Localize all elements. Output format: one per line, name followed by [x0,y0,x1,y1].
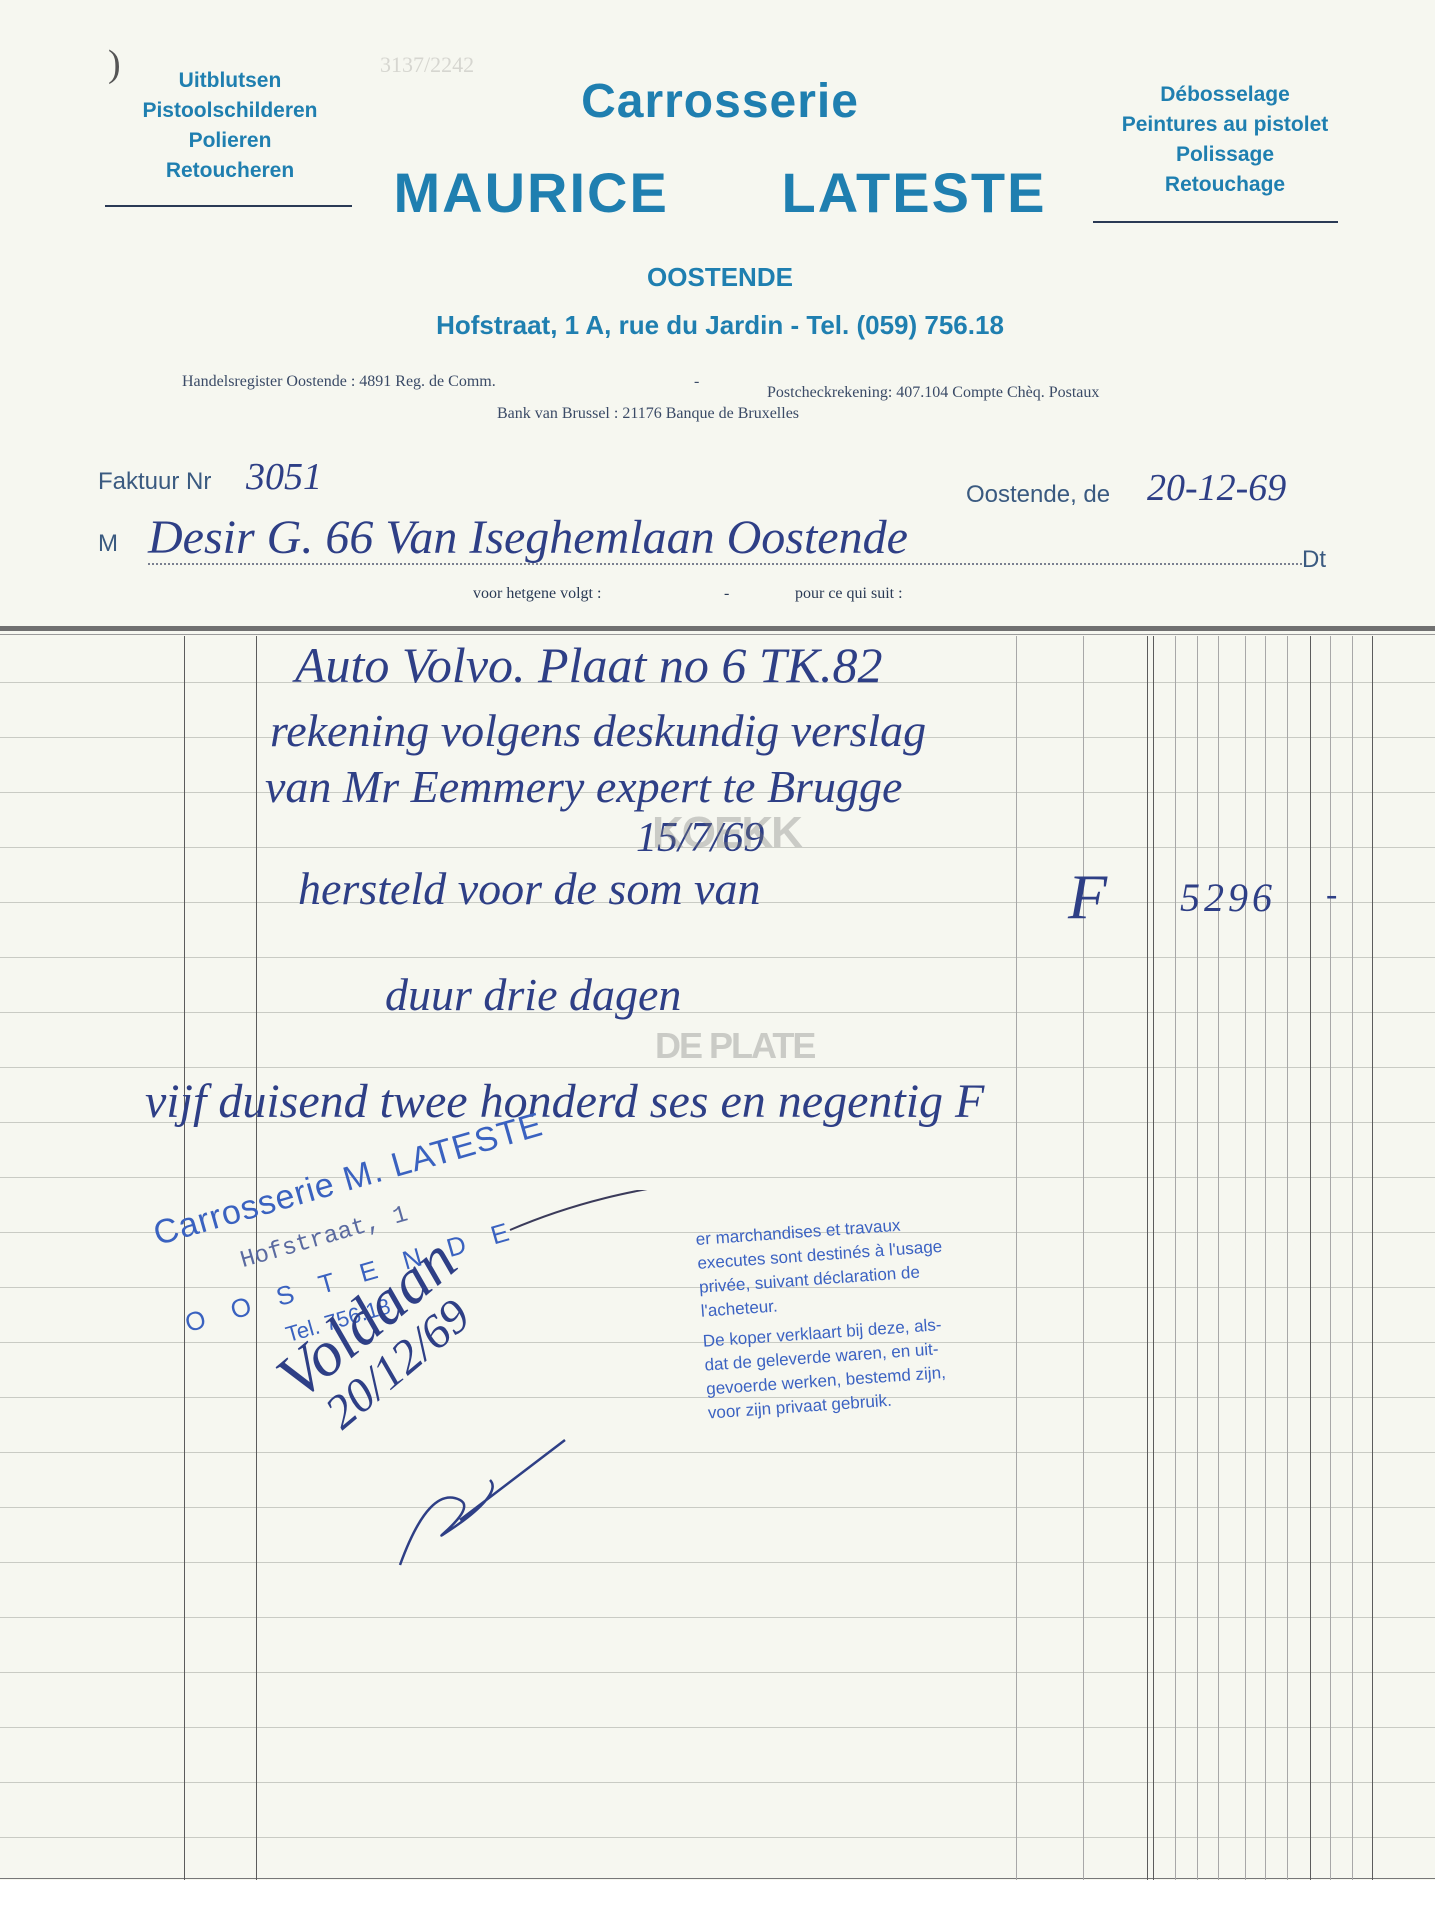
ruled-line [0,1012,1435,1013]
signature-icon [380,1190,680,1570]
service-item: Pistoolschilderen [100,96,360,126]
for-following-dutch: voor hetgene volgt : [473,585,601,603]
divider [105,205,352,207]
services-french-list: Débosselage Peintures au pistolet Poliss… [1080,80,1370,200]
ruled-line [0,1782,1435,1783]
invoice-number-value: 3051 [246,455,322,499]
recipient-prefix: M [98,530,118,558]
service-item: Polissage [1080,140,1370,170]
column-line [1352,636,1353,1880]
service-item: Uitblutsen [100,66,360,96]
column-line [1265,636,1266,1880]
ruled-line [0,1617,1435,1618]
column-line [1310,636,1311,1880]
invoice-date-value: 20-12-69 [1147,466,1286,510]
for-following-french: pour ce qui suit : [795,585,903,603]
company-name: MAURICE LATESTE [380,160,1060,225]
services-dutch-list: Uitblutsen Pistoolschilderen Polieren Re… [100,66,360,186]
ruled-line [0,1727,1435,1728]
ruled-line [0,957,1435,958]
ruled-line [0,1562,1435,1563]
column-line [1245,636,1246,1880]
company-city: OOSTENDE [500,262,940,293]
separator-dash: - [694,373,699,391]
column-line [1083,636,1084,1880]
ruled-line [0,1672,1435,1673]
service-item: Retoucheren [100,156,360,186]
recipient-value: Desir G. 66 Van Iseghemlaan Oostende [148,510,908,565]
watermark-de-plate: DE PLATE [655,1025,814,1067]
ruled-line [0,1177,1435,1178]
ruled-line [0,1067,1435,1068]
body-line-invoice-basis: rekening volgens deskundig verslag [270,704,926,757]
column-line [1330,636,1331,1880]
service-item: Peintures au pistolet [1080,110,1370,140]
column-line [1372,636,1373,1880]
table-top-rule [0,626,1435,631]
page-background [0,1880,1435,1920]
company-title-carrosserie: Carrosserie [400,74,1040,129]
table-bottom-rule [0,1878,1435,1879]
service-item: Débosselage [1080,80,1370,110]
amount-suffix: - [1326,876,1337,914]
watermark-koekk: KOEKK [652,808,801,858]
bank-account: Bank van Brussel : 21176 Banque de Bruxe… [497,405,799,423]
company-address: Hofstraat, 1 A, rue du Jardin - Tel. (05… [330,310,1110,341]
column-line [1153,636,1154,1880]
column-line [1147,636,1148,1880]
column-line [1218,636,1219,1880]
service-item: Retouchage [1080,170,1370,200]
column-line [184,636,185,1880]
body-line-vehicle: Auto Volvo. Plaat no 6 TK.82 [295,636,883,694]
column-line [1287,636,1288,1880]
ruled-line [0,1507,1435,1508]
currency-symbol: F [1068,860,1107,934]
dt-label: Dt [1302,546,1326,574]
ruled-line [0,1452,1435,1453]
ruled-line [0,1837,1435,1838]
separator-dash: - [724,585,729,603]
private-use-notice-stamp: er marchandises et travaux executes sont… [695,1204,1048,1425]
body-line-expert: van Mr Eemmery expert te Brugge [265,760,902,813]
postcheck-account: Postcheckrekening: 407.104 Compte Chèq. … [767,384,1099,402]
column-line [1197,636,1198,1880]
table-top-thin-rule [0,634,1435,635]
divider [1093,221,1338,223]
service-item: Polieren [100,126,360,156]
amount-value: 5296 [1180,874,1276,921]
date-label: Oostende, de [966,481,1110,509]
body-line-repaired-for: hersteld voor de som van [298,862,760,915]
body-line-duration: duur drie dagen [385,968,681,1021]
body-line-amount-in-words: vijf duisend twee honderd ses en negenti… [145,1074,984,1129]
invoice-number-label: Faktuur Nr [98,468,211,496]
column-line [1175,636,1176,1880]
trade-register: Handelsregister Oostende : 4891 Reg. de … [182,373,496,391]
